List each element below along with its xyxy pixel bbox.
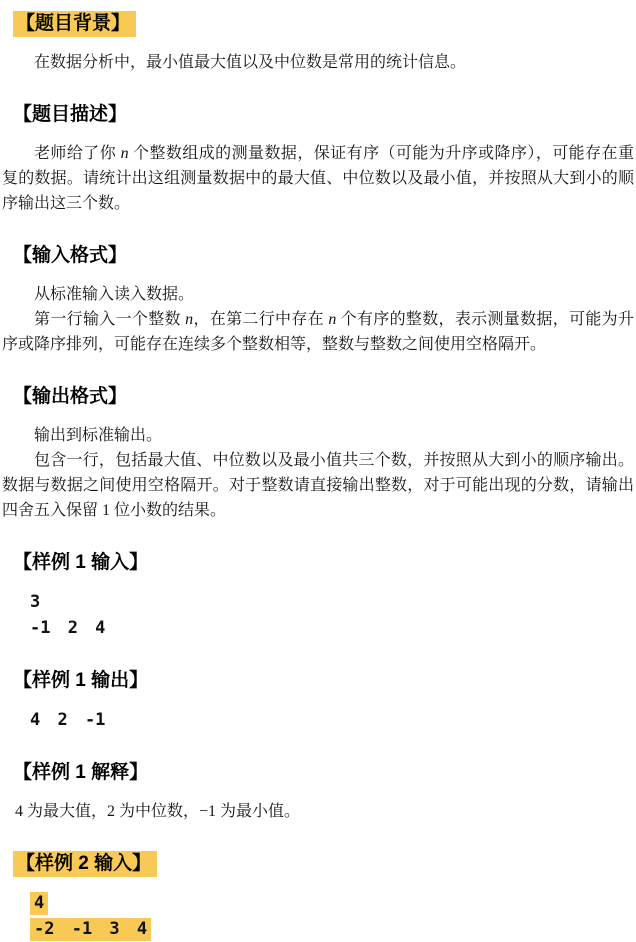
heading-text: 【题目描述】: [13, 104, 127, 125]
section-sample1-input: 【样例 1 输入】 3 -1 2 4: [2, 551, 634, 641]
code-text: 4 2 -1: [30, 710, 105, 730]
sample1-input-line-2: -1 2 4: [2, 615, 634, 641]
section-heading-sample1-input: 【样例 1 输入】: [2, 551, 634, 575]
input-paragraph-2: 第一行输入一个整数 n，在第二行中存在 n 个有序的整数，表示测量数据，可能为升…: [2, 307, 634, 357]
highlighted-heading-text: 【样例 2 输入】: [13, 851, 157, 877]
section-sample1-explanation: 【样例 1 解释】 4 为最大值，2 为中位数，−1 为最小值。: [2, 761, 634, 824]
section-heading-sample1-explanation: 【样例 1 解释】: [2, 761, 634, 785]
background-paragraph: 在数据分析中，最小值最大值以及中位数是常用的统计信息。: [2, 50, 634, 75]
output-paragraph-2: 包含一行，包括最大值、中位数以及最小值共三个数，并按照从大到小的顺序输出。数据与…: [2, 448, 634, 523]
text-run: 老师给了你: [34, 145, 121, 162]
section-heading-description: 【题目描述】: [2, 103, 634, 127]
heading-text: 【样例 1 解释】: [13, 762, 148, 783]
sample1-output-line-1: 4 2 -1: [2, 707, 634, 733]
section-background: 【题目背景】 在数据分析中，最小值最大值以及中位数是常用的统计信息。: [2, 12, 634, 75]
text-run: 第一行输入一个整数: [34, 311, 185, 328]
variable-n: n: [185, 311, 193, 328]
heading-text: 【输入格式】: [13, 245, 127, 266]
text-run: ，在第二行中存在: [193, 311, 328, 328]
section-heading-sample1-output: 【样例 1 输出】: [2, 669, 634, 693]
sample2-input-line-1: 4: [2, 890, 634, 916]
variable-n: n: [121, 145, 129, 162]
highlighted-heading-text: 【题目背景】: [13, 11, 136, 37]
sample2-input-line-2: -2 -1 3 4: [2, 916, 634, 942]
section-output-format: 【输出格式】 输出到标准输出。 包含一行，包括最大值、中位数以及最小值共三个数，…: [2, 385, 634, 523]
section-heading-output-format: 【输出格式】: [2, 385, 634, 409]
output-paragraph-1: 输出到标准输出。: [2, 423, 634, 448]
problem-statement-document: 【题目背景】 在数据分析中，最小值最大值以及中位数是常用的统计信息。 【题目描述…: [0, 0, 636, 942]
heading-text: 【输出格式】: [13, 386, 127, 407]
section-heading-background: 【题目背景】: [2, 12, 634, 36]
highlighted-code-text: -2 -1 3 4: [30, 918, 151, 941]
section-heading-input-format: 【输入格式】: [2, 244, 634, 268]
highlighted-code-text: 4: [30, 892, 48, 915]
sample1-input-line-1: 3: [2, 589, 634, 615]
section-heading-sample2-input: 【样例 2 输入】: [2, 852, 634, 876]
input-paragraph-1: 从标准输入读入数据。: [2, 282, 634, 307]
heading-text: 【样例 1 输入】: [13, 552, 148, 573]
heading-text: 【样例 1 输出】: [13, 670, 148, 691]
description-paragraph: 老师给了你 n 个整数组成的测量数据，保证有序（可能为升序或降序），可能存在重复…: [2, 141, 634, 216]
sample1-explanation-paragraph: 4 为最大值，2 为中位数，−1 为最小值。: [2, 799, 634, 824]
code-text: -1 2 4: [30, 618, 105, 638]
section-sample2-input: 【样例 2 输入】 4 -2 -1 3 4: [2, 852, 634, 942]
section-input-format: 【输入格式】 从标准输入读入数据。 第一行输入一个整数 n，在第二行中存在 n …: [2, 244, 634, 357]
section-description: 【题目描述】 老师给了你 n 个整数组成的测量数据，保证有序（可能为升序或降序）…: [2, 103, 634, 216]
section-sample1-output: 【样例 1 输出】 4 2 -1: [2, 669, 634, 733]
code-text: 3: [30, 592, 40, 612]
